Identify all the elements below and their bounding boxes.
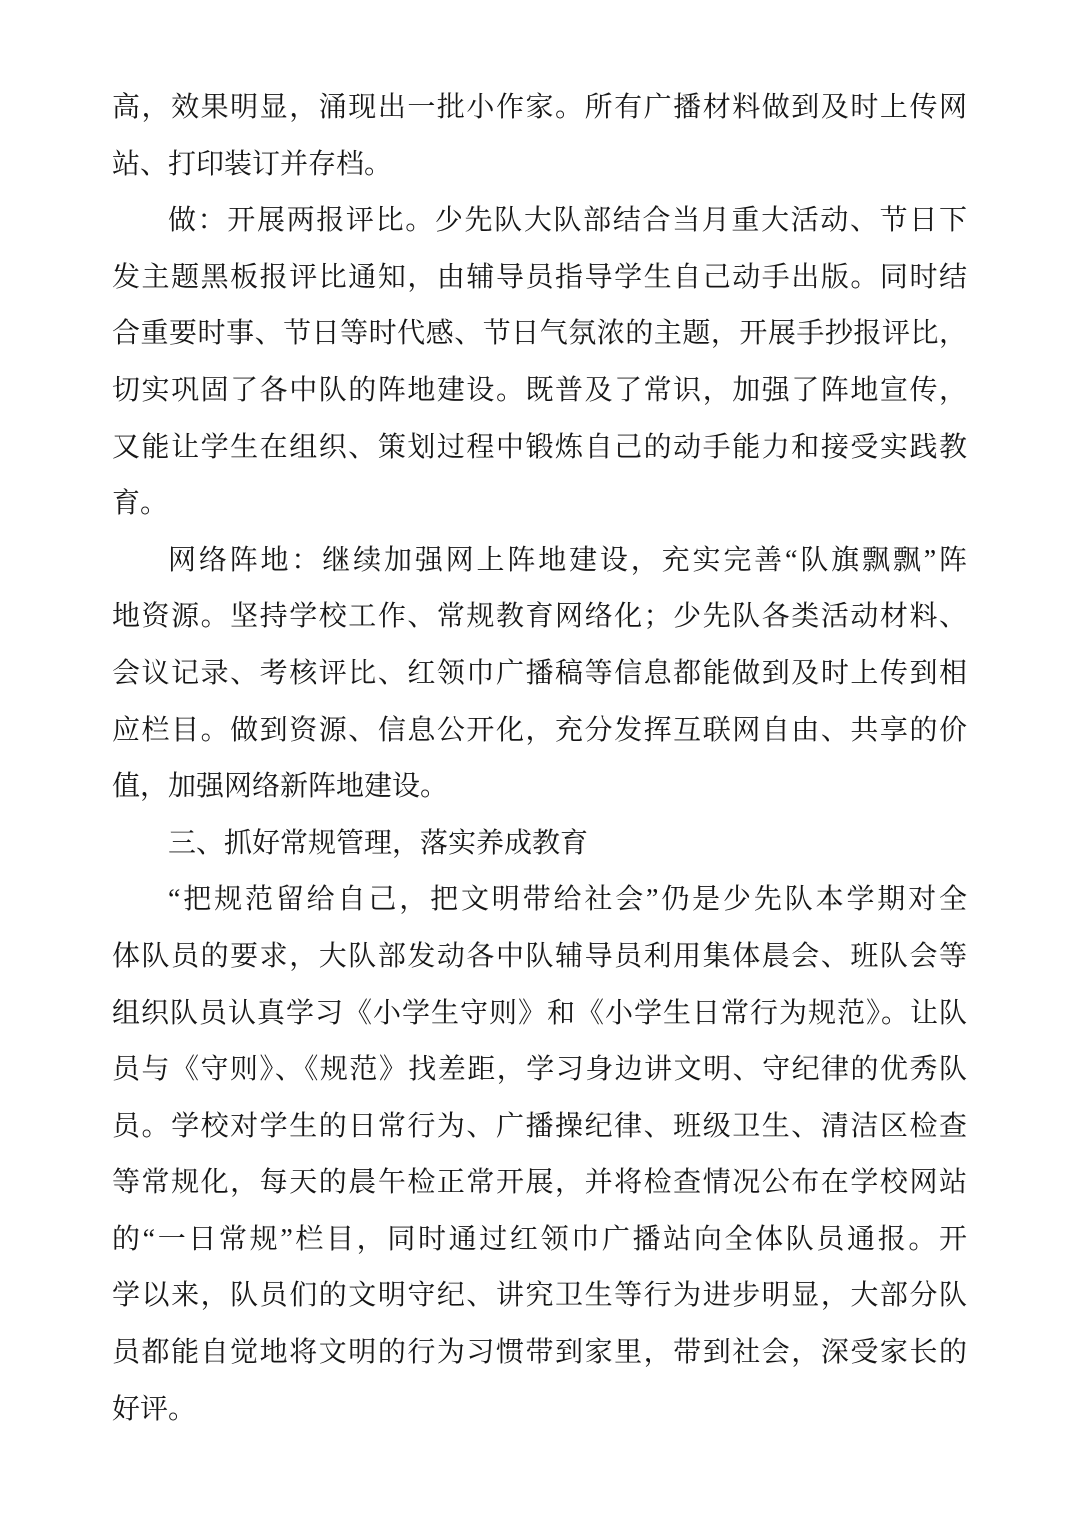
text-line: 地资源。坚持学校工作、常规教育网络化；少先队各类活动材料、 [112, 589, 967, 646]
text-line: 等常规化，每天的晨午检正常开展，并将检查情况公布在学校网站 [112, 1155, 967, 1212]
text-line: 员。学校对学生的日常行为、广播操纪律、班级卫生、清洁区检查 [112, 1099, 967, 1156]
text-line: 会议记录、考核评比、红领巾广播稿等信息都能做到及时上传到相 [112, 646, 967, 703]
text-line: 好评。 [112, 1382, 967, 1439]
text-line: 育。 [112, 476, 967, 533]
text-line: 站、打印装订并存档。 [112, 137, 967, 194]
document-page: 高，效果明显，涌现出一批小作家。所有广播材料做到及时上传网 站、打印装订并存档。… [0, 0, 1080, 1527]
text-line: 员都能自觉地将文明的行为习惯带到家里，带到社会，深受家长的 [112, 1325, 967, 1382]
section-heading: 三、抓好常规管理，落实养成教育 [112, 816, 967, 873]
text-line: 的“一日常规”栏目，同时通过红领巾广播站向全体队员通报。开 [112, 1212, 967, 1269]
text-line: “把规范留给自己，把文明带给社会”仍是少先队本学期对全 [112, 872, 967, 929]
text-line: 应栏目。做到资源、信息公开化，充分发挥互联网自由、共享的价 [112, 703, 967, 760]
text-line: 网络阵地：继续加强网上阵地建设，充实完善“队旗飘飘”阵 [112, 533, 967, 590]
text-line: 发主题黑板报评比通知，由辅导员指导学生自己动手出版。同时结 [112, 250, 967, 307]
text-line: 体队员的要求，大队部发动各中队辅导员利用集体晨会、班队会等 [112, 929, 967, 986]
document-body: 高，效果明显，涌现出一批小作家。所有广播材料做到及时上传网 站、打印装订并存档。… [0, 0, 1080, 1438]
text-line: 合重要时事、节日等时代感、节日气氛浓的主题，开展手抄报评比， [112, 306, 967, 363]
text-line: 做：开展两报评比。少先队大队部结合当月重大活动、节日下 [112, 193, 967, 250]
text-line: 组织队员认真学习《小学生守则》和《小学生日常行为规范》。让队 [112, 986, 967, 1043]
text-line: 值，加强网络新阵地建设。 [112, 759, 967, 816]
text-line: 学以来，队员们的文明守纪、讲究卫生等行为进步明显，大部分队 [112, 1268, 967, 1325]
text-line: 高，效果明显，涌现出一批小作家。所有广播材料做到及时上传网 [112, 80, 967, 137]
text-line: 又能让学生在组织、策划过程中锻炼自己的动手能力和接受实践教 [112, 420, 967, 477]
text-line: 员与《守则》、《规范》找差距，学习身边讲文明、守纪律的优秀队 [112, 1042, 967, 1099]
text-line: 切实巩固了各中队的阵地建设。既普及了常识，加强了阵地宣传， [112, 363, 967, 420]
